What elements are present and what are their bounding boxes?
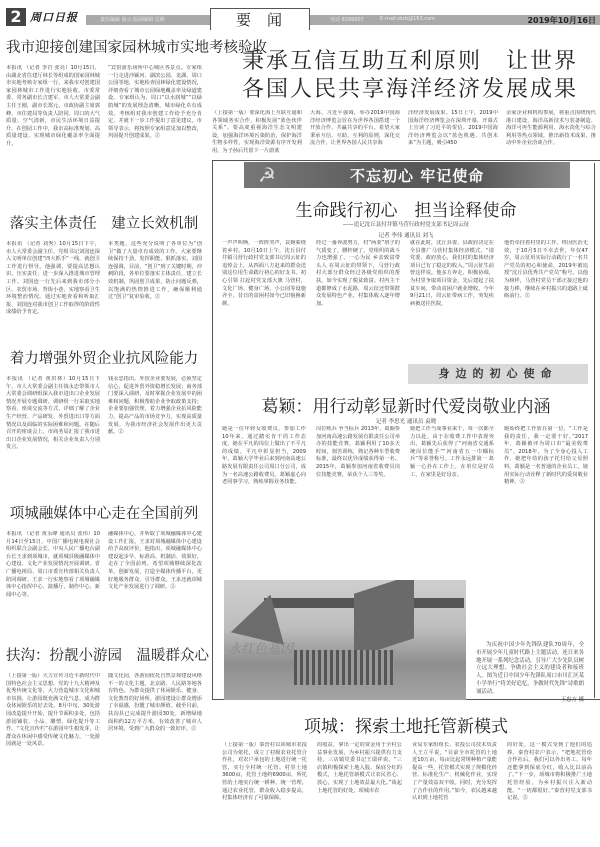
story-column: （上接第一版）秦营村以项城市农投公司为依托，成立了村级农业托管合作社，对农户承包… xyxy=(222,742,307,842)
ge-story-byline: 记者 李思光 通讯员 袁晓 xyxy=(212,417,600,425)
main-headline: 秉承互信互助互利原则 让世界 各国人民共享海洋经济发展成果 xyxy=(225,48,595,104)
ge-story-body: 她是一位年轻女收费员，参加工作10年来，通过踏实肯干的工作态度，她在平凡的岗位上… xyxy=(222,426,588,574)
story-headline: 项城融媒体中心走在全国前列 xyxy=(6,502,202,523)
caption-text: 为庆祝中国少年先锋队建队70周年，全市开展少年儿童时代路上主题活动，连日来各地开… xyxy=(476,642,584,695)
email-address: E-mail:zkrb@163.com xyxy=(380,16,435,22)
masthead: 2 周口日报 责任编辑 展示 版面编辑 岳萌 要闻 电话 8399007 E-m… xyxy=(0,0,600,28)
party-emblem-icon: ☭ xyxy=(258,164,282,186)
feature-byline: 记者 李伟 通讯员 刘飞 xyxy=(212,231,600,239)
story-column: 她是一位年轻女收费员，参加工作10年来，通过踏实肯干的工作态度，她在平凡的岗位上… xyxy=(222,426,306,574)
feature-subtitle: ——追记沈丘县付井镇马营行政村党支部书记周云征 xyxy=(212,220,600,228)
column-label-box: 身边的初心使命 xyxy=(408,364,588,384)
photo-caption: 为庆祝中国少年先锋队建队70周年，全市开展少年儿童时代路上主题活动，连日来各地开… xyxy=(476,642,584,704)
main-headline-line2: 各国人民共享海洋经济发展成果 xyxy=(225,76,595,104)
story-column: 的好处，这一模式受到了他们的追捧。秦营村农户表示，“把地托管给合作社后，我们可以… xyxy=(507,742,592,842)
story-column: 一声声叫唤，一阵阵哭声，哀婉萦绕着乡村。10月10日上午，沈丘县付井镇马营行政村… xyxy=(222,240,306,378)
story-headline: 扶沟：扮靓小游园 温暖群众心 xyxy=(6,644,202,665)
feature-box-border xyxy=(594,163,595,698)
feature-banner: ☭ 不忘初心 牢记使命 xyxy=(244,162,570,188)
story-column: 经过一番奔波努力，村“两委”班子的气质变了，腰杆硬了，党组织的战斗力也增强了。一… xyxy=(316,240,400,378)
story-column: 本报讯 （记者 李岩 张亮）10月15日，由湖北省住建厅林长等组成的国家园林城市… xyxy=(6,65,100,183)
story-column: （上接第一版）要深化海上互联互通和各领域务实合作，积极发展“蓝色伙伴关系”。要高… xyxy=(212,110,302,162)
story-column: 随文化园，各游园依托自然景观建设风格不一的文化主题，北京路、人民路等地各有特色。… xyxy=(108,673,202,847)
story-responsibility: 落实主体责任 建立长效机制 本报讯 （记者 刘秀）10月15日下午，市人大常委会… xyxy=(6,212,202,333)
story-column: 大海。习近平强调，举办2019中国海洋经济博览会旨在为世界各国搭建一个开放合作、… xyxy=(310,110,400,162)
story-column: 本报讯 （记者 刘秀）10月15日下午，市人大常委会副主任、党组书记刘国连深入文… xyxy=(6,241,100,333)
ge-story-headline: 葛颖：用行动彰显新时代爱岗敬业内涵 xyxy=(212,392,600,417)
flag-icon xyxy=(354,580,414,658)
section-title: 要闻 xyxy=(210,8,310,30)
story-column: 钱永忠指出，外贸企业要发展，必须坚定信心，促进外贸外资稳增长发展；商务部门要深入… xyxy=(108,376,202,492)
story-foreign-trade: 着力增强外贸企业抗风险能力 本报讯 （记者 黄洪林）10月15日下午，市人大常委… xyxy=(6,347,202,492)
main-headline-line1: 秉承互信互助互利原则 让世界 xyxy=(225,48,595,76)
story-column: 余家企业和机构参展，将重点围绕现代港口建设、海洋高新技术与装备制造、海洋可再生能… xyxy=(506,110,596,162)
story-column: 融媒体中心，并听取了项城融媒体中心建设工作汇报。王求对项城融媒体中心建设给予高度… xyxy=(108,531,202,647)
xc-story-headline: 项城：探索土地托管新模式 xyxy=(212,712,600,737)
feature-body: 一声声叫唤，一阵阵哭声，哀婉萦绕着乡村。10月10日上午，沈丘县付井镇马营行政村… xyxy=(222,240,588,378)
story-headline: 落实主体责任 建立长效机制 xyxy=(6,212,202,233)
story-column: （上接第一版）大力宣传习近平新时代中国特色社会主义思想、党的十九大精神及优秀传统… xyxy=(6,673,100,847)
story-column: 业局专家组组长、农投公司技术负责人王立平说，“目前全市托管的土地近10万亩，每亩… xyxy=(412,742,497,842)
photo-banner-text: 永红色基因 xyxy=(228,638,293,657)
story-media-center: 项城融媒体中心走在全国前列 本报讯 （记者 黄永峰 通讯员 张伟）10月14日至… xyxy=(6,502,202,647)
story-column: 本报讯 （记者 黄永峰 通讯员 张伟）10月14日至15日，中国广播电视电视社会… xyxy=(6,531,100,647)
story-column: “宾馆游乐场所中心城区各景点。专家组一行走进沙颍河、湖滨公园、龙湖、周口公园等地… xyxy=(108,65,202,183)
story-column: 本类题，这些充分说明了各单位为“创卫”做了大量卓有成效的工作。大家要继续保持干劲… xyxy=(108,241,202,333)
photo-crowd xyxy=(294,650,394,685)
masthead-bar-left: 责任编辑 展示 版面编辑 岳萌 xyxy=(86,15,210,25)
story-column: 的收益，拿出一定的资金用于全村公益事业发展，为乡村振兴提供有力支持。三店镇党委书… xyxy=(317,742,402,842)
news-photo: 永红色基因 xyxy=(224,580,466,700)
banner-title: 不忘初心 牢记使命 xyxy=(350,165,484,186)
page-number: 2 xyxy=(6,8,26,26)
story-column: 他仍牵挂着村里的工作。终因医治无效，于10月5日不幸去世，年仅47岁。周云征用实… xyxy=(504,240,588,362)
issue-date: 2019年10月16日 xyxy=(527,15,596,26)
story-column: 岗位练兵 争当标兵 2013年，葛颖参加河南高速公路发展有限责任公司举办的技能竞… xyxy=(316,426,400,574)
photo-credit: 王忠方 摄 xyxy=(476,697,584,705)
story-column: 就在此时，沈丘县委、县政府决定在全县推广马营村集体经济模式。“请党委、政府放心，… xyxy=(410,240,494,378)
xc-story-body: （上接第一版）秦营村以项城市农投公司为依托，成立了村级农业托管合作社，对农户承包… xyxy=(222,742,592,842)
masthead-bar-right: 电话 8399007 E-mail:zkrb@163.com 2019年10月1… xyxy=(310,15,600,25)
story-fugou-parks: 扶沟：扮靓小游园 温暖群众心 （上接第一版）大力宣传习近平新时代中国特色社会主义… xyxy=(6,644,202,847)
story-column: 她把工作当成事业来干，每一次都全力以赴。由于在收费工作中表现突出，葛颖先后获得了… xyxy=(410,426,494,574)
story-garden-city: 我市迎接创建国家园林城市实地考核验收 本报讯 （记者 李岩 张亮）10月15日，… xyxy=(6,36,202,183)
main-story-body: （上接第一版）要深化海上互联互通和各领域务实合作，积极发展“蓝色伙伴关系”。要高… xyxy=(212,110,596,162)
feature-headline: 生命践行初心 担当诠释使命 xyxy=(212,196,600,221)
editors-credit: 责任编辑 展示 版面编辑 岳萌 xyxy=(100,16,165,23)
phone-number: 电话 8399007 xyxy=(330,16,364,23)
story-headline: 着力增强外贸企业抗风险能力 xyxy=(6,347,202,368)
story-headline: 我市迎接创建国家园林城市实地考核验收 xyxy=(6,36,202,57)
story-column: 本报讯 （记者 黄洪林）10月15日下午，市人大常委会副主任钱永忠带领市人大常委… xyxy=(6,376,100,492)
story-column: 洋经济发展成果。15日上午，2019中国海洋经济博览会在深圳开幕，开幕式上宣读了… xyxy=(408,110,498,162)
paper-logo: 周口日报 xyxy=(30,9,78,25)
story-column: 她始终把工作放在第一位，“工作是我的责任，我一定要干好。”2017年，葛颖被评为… xyxy=(504,426,588,574)
